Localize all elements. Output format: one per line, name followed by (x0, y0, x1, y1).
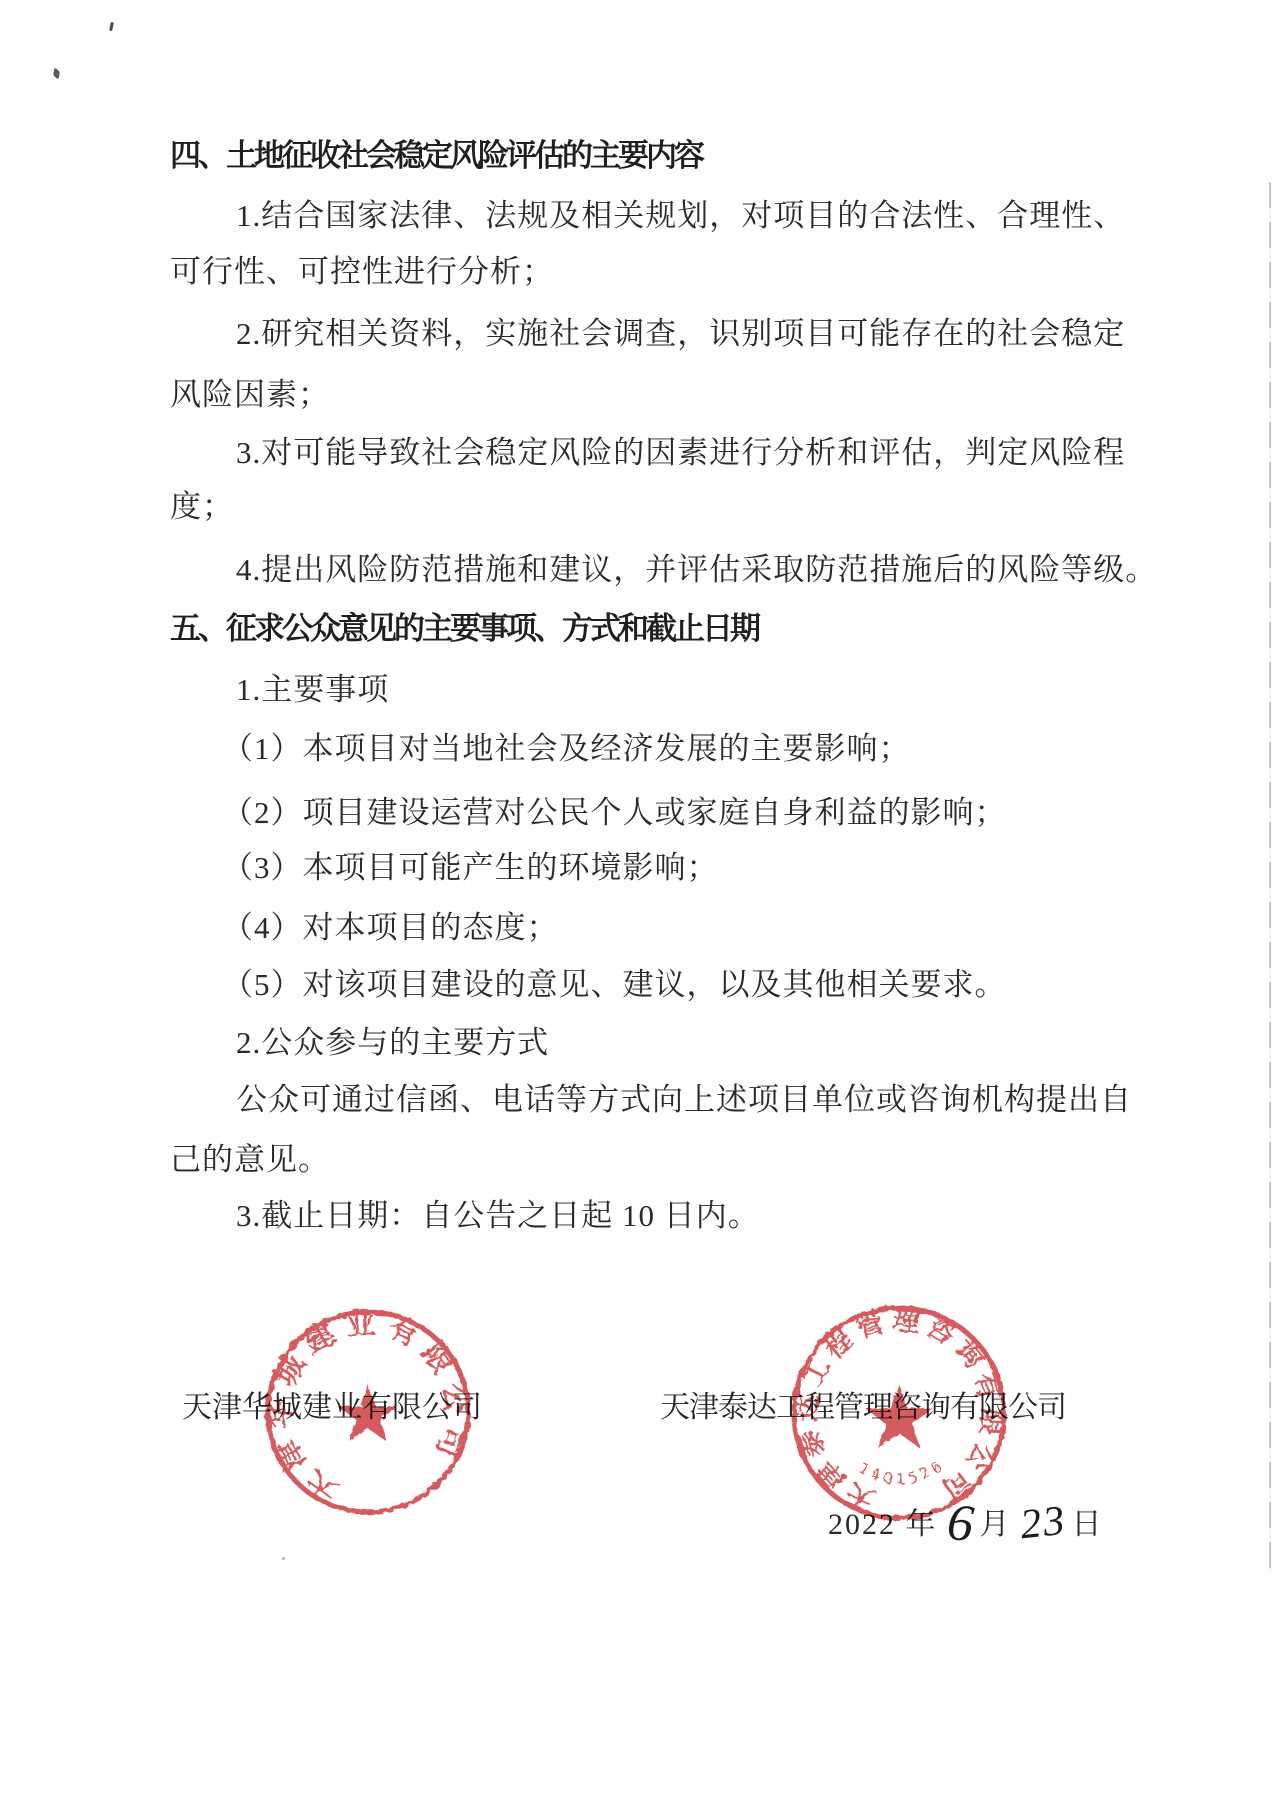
star-icon (338, 1384, 399, 1442)
scan-dot-artifact (282, 1557, 285, 1560)
scan-speck-artifact (53, 67, 60, 79)
paragraph-line: 2.公众参与的主要方式 (236, 1022, 549, 1064)
scan-edge-artifact (1269, 182, 1271, 1572)
star-icon (865, 1384, 933, 1448)
paragraph-line: 己的意见。 (170, 1139, 330, 1181)
paragraph-line: 1.结合国家法律、法规及相关规划，对项目的合法性、合理性、 (236, 195, 1125, 237)
paragraph-line: 风险因素； (170, 374, 330, 416)
paragraph-line: 度； (170, 486, 234, 528)
company-seal-left: 天津华城建业有限公司 (248, 1292, 488, 1532)
document-page: 四、土地征收社会稳定风险评估的主要内容 1.结合国家法律、法规及相关规划，对项目… (0, 0, 1280, 1811)
date-day-label: 日 (1072, 1508, 1104, 1541)
list-item: （5）对该项目建设的意见、建议，以及其他相关要求。 (222, 964, 1007, 1006)
scan-speck-artifact (109, 22, 114, 31)
paragraph-line: 3.对可能导致社会稳定风险的因素进行分析和评估，判定风险程 (236, 432, 1125, 474)
list-item: （3）本项目可能产生的环境影响； (222, 847, 719, 889)
list-item: （4）对本项目的态度； (222, 907, 559, 949)
paragraph-line: 1.主要事项 (236, 669, 389, 711)
date-day-handwritten: 23 (1017, 1497, 1068, 1550)
section-heading-four: 四、土地征收社会稳定风险评估的主要内容 (170, 135, 702, 177)
company-seal-right: 天津泰达工程管理咨询有限公司 140152629 (774, 1288, 1024, 1538)
paragraph-line: 4.提出风险防范措施和建议，并评估采取防范措施后的风险等级。 (236, 549, 1157, 591)
paragraph-line: 公众可通过信函、电话等方式向上述项目单位或咨询机构提出自 (236, 1079, 1132, 1121)
list-item: （2）项目建设运营对公民个人或家庭自身利益的影响； (222, 792, 1007, 834)
list-item: （1）本项目对当地社会及经济发展的主要影响； (222, 728, 911, 770)
paragraph-line: 2.研究相关资料，实施社会调查，识别项目可能存在的社会稳定 (236, 313, 1125, 355)
paragraph-line: 可行性、可控性进行分析； (170, 251, 554, 293)
paragraph-line: 3.截止日期：自公告之日起 10 日内。 (236, 1195, 760, 1237)
section-heading-five: 五、征求公众意见的主要事项、方式和截止日期 (170, 608, 758, 650)
